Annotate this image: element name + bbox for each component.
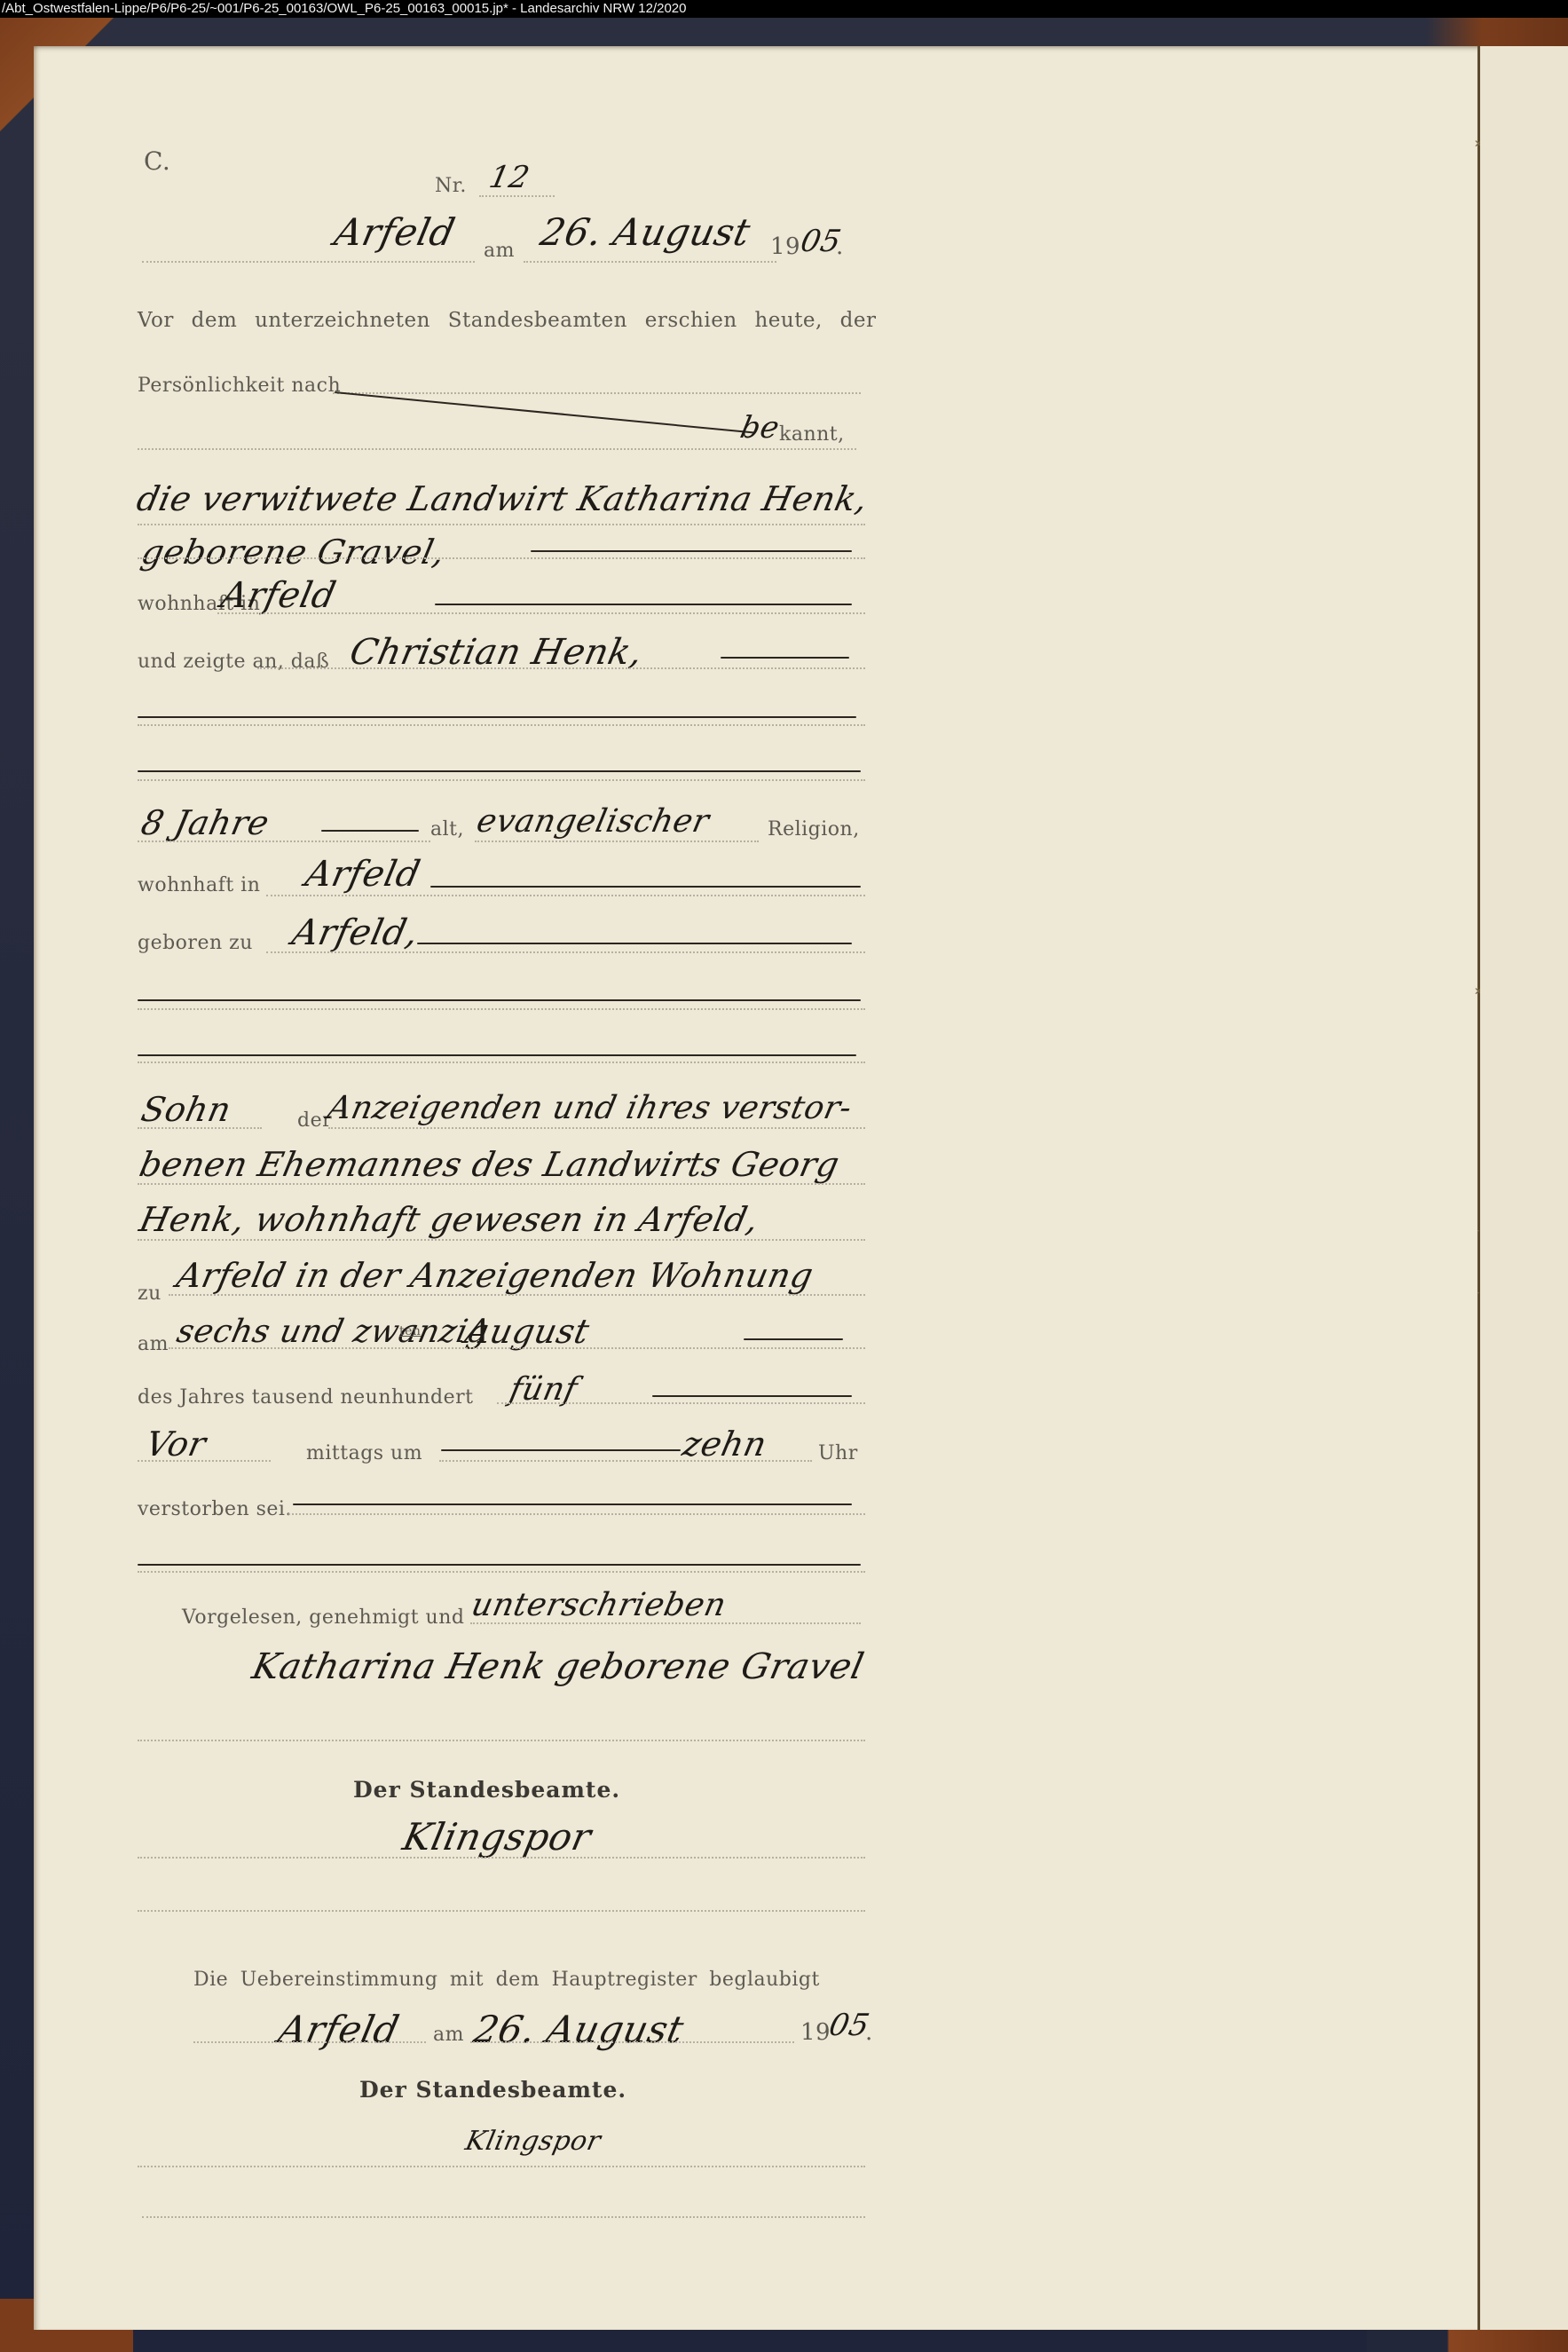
number-label: Nr. — [435, 175, 467, 197]
death-date-label: am — [138, 1333, 169, 1355]
deceased-religion: evangelischer — [474, 803, 713, 840]
certification-am-label: am — [433, 2024, 464, 2046]
death-place: Arfeld in der Anzeigenden Wohnung — [173, 1256, 816, 1295]
place-field-line — [142, 261, 475, 263]
read-approved-field-line — [470, 1622, 861, 1624]
official-signature: Klingspor — [399, 1815, 595, 1859]
section-letter: C. — [144, 146, 170, 176]
certification-official-title: Der Standesbeamte. — [359, 2077, 626, 2103]
parents-line-3: Henk, wohnhaft gewesen in Arfeld, — [136, 1200, 762, 1239]
religion-label: Religion, — [768, 818, 860, 841]
certification-official-signature: Klingspor — [462, 2126, 603, 2157]
blank-field-line-4 — [138, 1062, 865, 1063]
read-approved-value: unterschrieben — [469, 1587, 729, 1623]
birthplace-label: geboren zu — [138, 932, 253, 954]
death-place-label: zu — [138, 1283, 162, 1305]
birthplace: Arfeld, — [288, 912, 422, 953]
intro-line-1: Vor dem unterzeichneten Standesbeamten e… — [138, 309, 877, 332]
blank-field-line-1 — [138, 724, 865, 726]
fill-line — [531, 550, 852, 552]
death-month: August — [461, 1312, 593, 1351]
religion-field-line — [475, 841, 759, 842]
number-field-line — [479, 195, 555, 197]
residence-field-line — [217, 612, 865, 614]
date-field-line — [524, 261, 776, 263]
deceased-residence: Arfeld — [302, 854, 424, 895]
death-date-field-line — [169, 1347, 865, 1349]
fill-line — [652, 1395, 852, 1397]
parents-line-1: Anzeigenden und ihres verstor- — [325, 1090, 855, 1126]
registry-date: 26. August — [537, 210, 754, 254]
reported-label: und zeigte an, daß — [138, 651, 329, 673]
deceased-residence-label: wohnhaft in — [138, 874, 260, 896]
death-place-field-line — [169, 1294, 865, 1296]
fill-line — [721, 657, 849, 659]
certification-date-line — [470, 2041, 794, 2043]
date-am-label: am — [484, 240, 515, 262]
official-signature-line — [138, 1857, 865, 1859]
certification-place: Arfeld — [275, 2008, 404, 2051]
blank-field-line-5 — [138, 1571, 865, 1573]
time-prefix: Vor — [142, 1425, 209, 1464]
identity-field-line — [333, 392, 861, 394]
fill-line — [293, 1504, 852, 1505]
certification-year-period: . — [865, 2019, 873, 2046]
fill-line — [430, 886, 861, 888]
official-title: Der Standesbeamte. — [353, 1777, 620, 1803]
fill-line — [435, 604, 852, 605]
time-label: mittags um — [306, 1442, 422, 1464]
age-field-line — [138, 841, 430, 842]
blank-field-line-2 — [138, 779, 865, 781]
fill-line — [321, 830, 419, 832]
parents-field-line-3 — [138, 1239, 865, 1241]
fill-line — [441, 1449, 681, 1451]
fill-line — [138, 999, 861, 1001]
certification-signature-line — [138, 2166, 865, 2167]
death-time-field-line — [439, 1460, 812, 1462]
year-period: . — [836, 233, 844, 260]
fill-line — [744, 1338, 843, 1340]
informant-field-line-1 — [138, 524, 865, 525]
death-year-label: des Jahres tausend neunhundert — [138, 1386, 473, 1409]
entry-number: 12 — [486, 160, 533, 195]
parents-line-2: benen Ehemannes des Landwirts Georg — [136, 1145, 843, 1184]
year-prefix: 19 — [770, 233, 800, 260]
known-suffix: kannt, — [779, 423, 845, 446]
intro-line-2: Persönlichkeit nach — [138, 375, 341, 397]
informant-line-2: geborene Gravel, — [138, 533, 448, 572]
identity-field-line-2 — [138, 448, 856, 450]
informant-residence: Arfeld — [217, 575, 340, 616]
window-title: /Abt_Ostwestfalen-Lippe/P6/P6-25/~001/P6… — [2, 1, 687, 16]
fill-line — [138, 716, 856, 718]
closing-field-line — [288, 1513, 865, 1515]
deceased-name-field-line — [257, 667, 865, 669]
death-closing: verstorben sei. — [138, 1498, 292, 1520]
death-day: sechs und zwanzig — [174, 1314, 492, 1350]
age-label: alt, — [430, 818, 464, 841]
deceased-age: 8 Jahre — [138, 803, 272, 842]
relation-child: Sohn — [138, 1090, 234, 1129]
death-year-field-line — [497, 1402, 865, 1404]
informant-line-1: die verwitwete Landwirt Katharina Henk, — [133, 479, 871, 518]
certification-place-line — [193, 2041, 426, 2043]
certification-date: 26. August — [470, 2008, 688, 2051]
deceased-residence-field-line — [266, 895, 865, 896]
read-approved-label: Vorgelesen, genehmigt und — [182, 1606, 464, 1629]
death-time: zehn — [679, 1425, 770, 1464]
window-title-bar: /Abt_Ostwestfalen-Lippe/P6/P6-25/~001/P6… — [0, 0, 1568, 18]
known-prefix: be — [737, 410, 783, 446]
time-prefix-field-line — [138, 1460, 271, 1462]
informant-signature-line — [138, 1740, 865, 1741]
parents-field-line-1 — [328, 1127, 865, 1129]
blank-field-line-3 — [138, 1008, 865, 1010]
birthplace-field-line — [266, 951, 865, 953]
fill-line — [138, 1564, 861, 1566]
blank-field-line-6 — [138, 1910, 865, 1912]
certification-text: Die Uebereinstimmung mit dem Hauptregist… — [193, 1969, 820, 1991]
parents-field-line-2 — [138, 1183, 865, 1185]
blank-field-line-7 — [142, 2216, 865, 2218]
day-ordinal-suffix: ten — [399, 1324, 421, 1338]
time-unit: Uhr — [818, 1442, 858, 1464]
fill-line — [417, 943, 852, 944]
fill-line — [138, 1054, 856, 1056]
informant-signature: Katharina Henk geborene Gravel — [248, 1646, 868, 1687]
fill-line — [138, 770, 861, 772]
registry-place: Arfeld — [331, 210, 460, 254]
facing-page-edge — [1480, 46, 1568, 2330]
informant-field-line-2 — [138, 557, 865, 559]
relation-field-line — [138, 1127, 262, 1129]
